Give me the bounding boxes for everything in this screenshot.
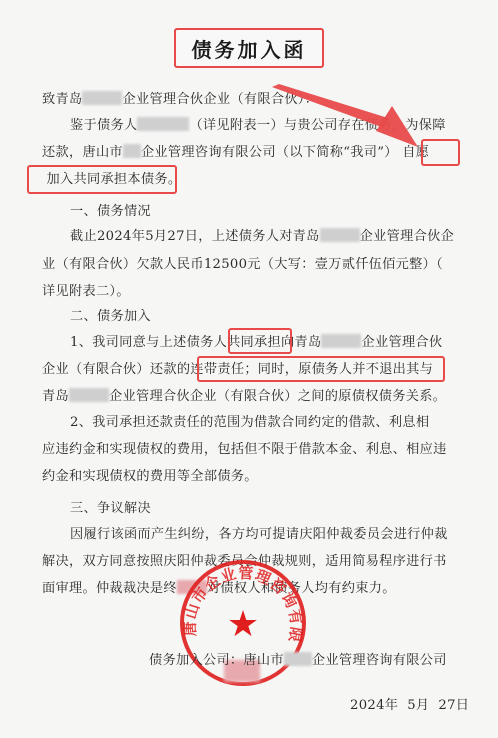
document-page: 债务加入函 致青岛企业管理合伙企业（有限合伙）： 鉴于债务人（详见附表一）与贵公…	[0, 0, 498, 738]
highlight-box-join-debt	[27, 165, 177, 194]
text: 还款，唐山市	[42, 145, 123, 160]
section2-item2-line3: 约金和实现债权的费用等全部债务。	[42, 468, 258, 486]
highlight-box-voluntary	[421, 139, 460, 166]
addressee-suffix: 企业管理合伙企业（有限合伙）：	[122, 92, 318, 107]
section1-heading: 一、债务情况	[70, 203, 151, 221]
text: 企业（有限合伙）还款的	[42, 362, 190, 377]
signature-date: 2024年 5月 27日	[350, 697, 469, 715]
text: （详见附表一）与贵公司存在债务，为保障	[189, 118, 445, 133]
document-title: 债务加入函	[174, 28, 324, 68]
highlight-box-jointly-bear	[228, 328, 292, 354]
section2-item2-line1: 2、我司承担还款责任的范围为借款合同约定的借款、利息相	[70, 414, 429, 432]
section1-line2: 业（有限合伙）欠款人民币12500元（大写：壹万贰仟伍佰元整）（	[42, 256, 443, 274]
text: 企业管理合伙企	[360, 229, 454, 244]
text: 鉴于债务人	[70, 118, 137, 133]
para1-line2: 还款，唐山市企业管理咨询有限公司（以下简称“我司”） 自愿	[42, 144, 429, 162]
redacted-name	[123, 144, 141, 158]
star-icon: ★	[227, 604, 259, 645]
signature-line: 债务加入公司：唐山市企业管理咨询有限公司	[149, 652, 447, 670]
text: 企业管理咨询有限公司（以下简称“我司”）	[141, 145, 398, 160]
redacted-name	[69, 388, 109, 402]
para1-line1: 鉴于债务人（详见附表一）与贵公司存在债务，为保障	[70, 117, 446, 135]
text: 企业管理咨询有限公司	[312, 653, 447, 668]
text: 企业管理合伙企业（有限合伙）之间的原债权债务关系。	[109, 389, 446, 404]
section2-item2-line2: 应违约金和实现债权的费用，包括但不限于借款本金、利息、相应违	[42, 441, 447, 459]
redacted-name	[320, 228, 360, 242]
section1-line3: 详见附表二）。	[42, 283, 130, 301]
text: 青岛	[42, 389, 69, 404]
section3-heading: 三、争议解决	[70, 500, 151, 518]
addressee-prefix: 致青岛	[42, 92, 82, 107]
highlight-box-joint-liability	[197, 356, 445, 382]
redacted-name	[82, 91, 122, 105]
section1-line1: 截止2024年5月27日，上述债务人对青岛企业管理合伙企	[70, 228, 454, 246]
text: 债务加入公司：唐山市	[149, 653, 284, 668]
redacted-name	[284, 652, 312, 666]
addressee-line: 致青岛企业管理合伙企业（有限合伙）：	[42, 91, 318, 109]
text: 企业管理合伙	[361, 335, 442, 350]
section3-line1: 因履行该函而产生纠纷，各方均可提请庆阳仲裁委员会进行仲裁	[70, 526, 448, 544]
text: 截止2024年5月27日，上述债务人对青岛	[70, 229, 320, 244]
redacted-name	[321, 334, 361, 348]
section2-item1-line3: 青岛企业管理合伙企业（有限合伙）之间的原债权债务关系。	[42, 388, 446, 406]
redacted-name	[137, 117, 189, 131]
text: 面审理。仲裁裁决是终	[42, 581, 177, 596]
text: 1、我司同意与上述债务人	[70, 335, 227, 350]
section2-heading: 二、债务加入	[70, 308, 151, 326]
